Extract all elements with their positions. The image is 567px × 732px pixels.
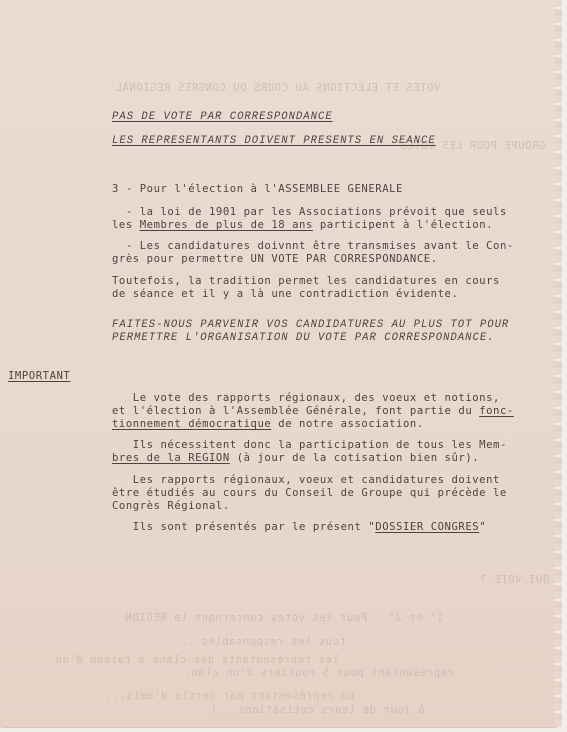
p2-suffix: (à jour de la cotisation bien sûr).: [230, 452, 479, 464]
important-p3-line-3: Congrès Régional.: [112, 499, 230, 513]
tradition-line-2: de séance et il y a là une contradiction…: [112, 287, 458, 301]
law-underlined: Membres de plus de 18 ans: [140, 219, 313, 231]
candidatures-line-2: grès pour permettre UN VOTE PAR CORRESPO…: [112, 252, 438, 266]
important-p4: Ils sont présentés par le présent "DOSSI…: [112, 520, 486, 534]
callout-line-1: FAITES-NOUS PARVENIR VOS CANDIDATURES AU…: [112, 318, 509, 332]
bleed-through-text: représentant pour 5 routiers d'un clan..…: [170, 667, 454, 679]
callout-line-2: PERMETTRE L'ORGANISATION DU VOTE PAR COR…: [112, 331, 495, 345]
important-p1-line-2: et l'élection à l'Assemblée Générale, fo…: [112, 404, 514, 418]
bleed-through-text: - un représentant par cercle d'amis...: [105, 690, 368, 702]
p4-prefix: Ils sont présentés par le présent ": [112, 521, 375, 533]
bleed-through-text: QUI VOTE ?: [480, 574, 549, 586]
law-suffix: participent à l'élection.: [313, 219, 493, 231]
p4-suffix: ": [479, 521, 486, 533]
law-line-1: - la loi de 1901 par les Associations pr…: [112, 205, 507, 219]
bleed-through-text: - les représentants des clans à raison d…: [55, 654, 353, 666]
heading-no-postal-vote: PAS DE VOTE PAR CORRESPONDANCE: [112, 110, 333, 124]
important-p3-line-2: être étudiés au cours du Conseil de Grou…: [112, 486, 507, 500]
p1-underlined: fonc-: [479, 405, 514, 417]
bleed-through-text: 1° et 2° - Pour les votes concernant la …: [125, 612, 443, 624]
important-p3-line-1: Les rapports régionaux, voeux et candida…: [112, 473, 500, 487]
p4-underlined: DOSSIER CONGRES: [375, 521, 479, 533]
bleed-through-text: - tous les responsables...: [180, 636, 360, 648]
heading-representatives-present: LES REPRESENTANTS DOIVENT PRESENTS EN SE…: [112, 134, 436, 148]
important-p2-line-2: bres de la REGION (à jour de la cotisati…: [112, 451, 479, 465]
bleed-through-text: VOTES ET ELECTIONS AU COURS DU CONGRES R…: [115, 82, 440, 94]
section-3-title: 3 - Pour l'élection à l'ASSEMBLEE GENERA…: [112, 182, 403, 196]
important-p1-line-3: tionnement démocratique de notre associa…: [112, 417, 424, 431]
scanned-page: VOTES ET ELECTIONS AU COURS DU CONGRES R…: [0, 0, 556, 727]
candidatures-line-1: - Les candidatures doivnnt être transmis…: [112, 239, 514, 253]
p1-underlined-2: tionnement démocratique: [112, 418, 271, 430]
tradition-line-1: Toutefois, la tradition permet les candi…: [112, 274, 500, 288]
law-line-2: les Membres de plus de 18 ans participen…: [112, 218, 493, 232]
p1-suffix: de notre association.: [271, 418, 423, 430]
p1-prefix: et l'élection à l'Assemblée Générale, fo…: [112, 405, 479, 417]
important-label: IMPORTANT: [8, 369, 70, 383]
perforated-edge: [554, 0, 562, 727]
important-p2-line-1: Ils nécessitent donc la participation de…: [112, 438, 507, 452]
law-prefix: les: [112, 219, 140, 231]
important-p1-line-1: Le vote des rapports régionaux, des voeu…: [112, 391, 500, 405]
bleed-through-text: à jour de leurs cotisations...!: [210, 704, 425, 716]
p2-underlined: bres de la REGION: [112, 452, 230, 464]
